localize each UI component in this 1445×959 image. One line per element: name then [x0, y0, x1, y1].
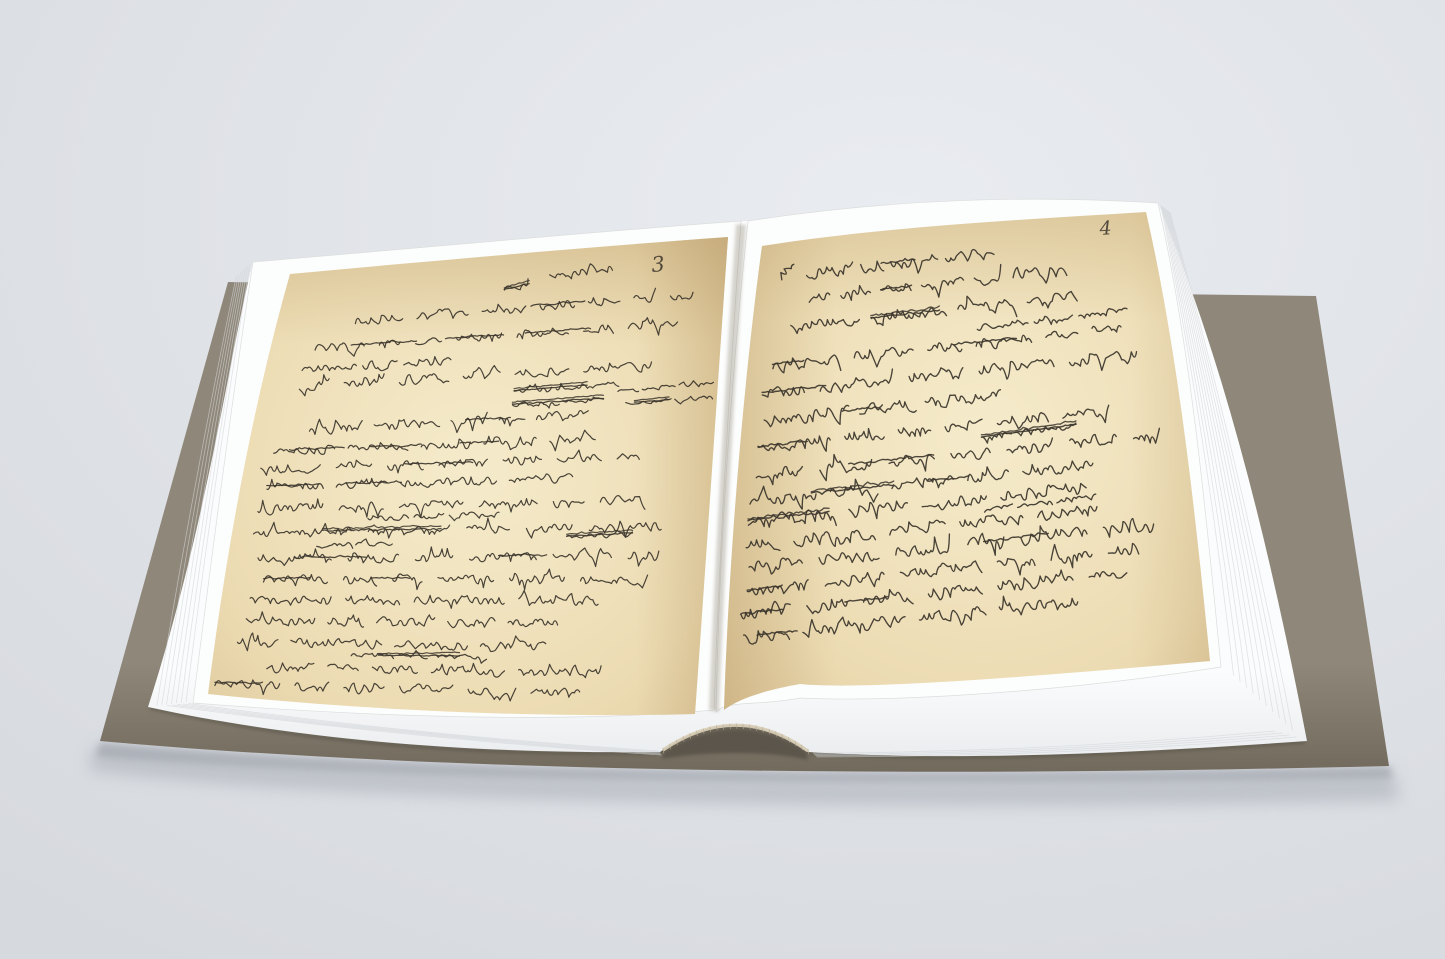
- left-page-gutter-shading: [208, 237, 728, 715]
- left-manuscript-page: [208, 237, 728, 715]
- right-manuscript-page: [724, 212, 1210, 710]
- folio-number-left: 3: [650, 252, 665, 277]
- photo-stage: 3 4: [0, 0, 1445, 959]
- right-page-edge-shading: [724, 212, 1210, 710]
- folio-number-right: 4: [1098, 217, 1113, 240]
- book-photo: 3 4: [0, 0, 1445, 959]
